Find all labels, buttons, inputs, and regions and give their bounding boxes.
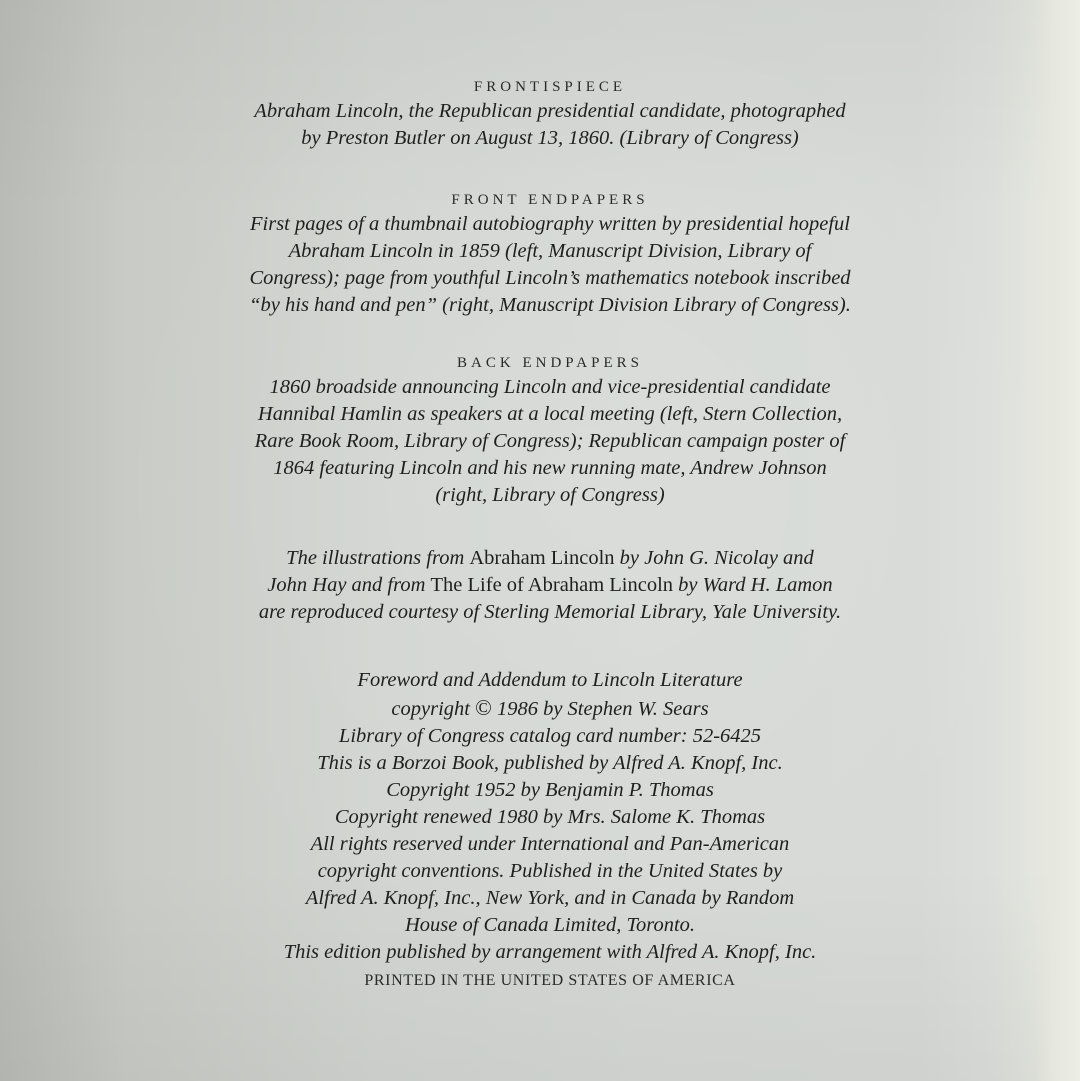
- credit-text: The illustrations from: [286, 547, 469, 569]
- caption-line: by Preston Butler on August 13, 1860. (L…: [150, 125, 950, 152]
- caption-line: Abraham Lincoln in 1859 (left, Manuscrip…: [150, 238, 950, 265]
- caption-line: 1864 featuring Lincoln and his new runni…: [150, 455, 950, 482]
- caption-line: Congress); page from youthful Lincoln’s …: [150, 265, 950, 292]
- back-endpapers-caption: 1860 broadside announcing Lincoln and vi…: [150, 374, 950, 509]
- credit-line: The illustrations from Abraham Lincoln b…: [150, 545, 950, 572]
- copyright-line: Copyright 1952 by Benjamin P. Thomas: [150, 777, 950, 804]
- illustrations-credit-section: The illustrations from Abraham Lincoln b…: [150, 545, 950, 626]
- front-endpapers-caption: First pages of a thumbnail autobiography…: [150, 211, 950, 319]
- copyright-line: All rights reserved under International …: [150, 831, 950, 858]
- credit-text: by Ward H. Lamon: [673, 574, 833, 596]
- caption-line: “by his hand and pen” (right, Manuscript…: [150, 292, 950, 319]
- credit-line: are reproduced courtesy of Sterling Memo…: [150, 599, 950, 626]
- copyright-line: Library of Congress catalog card number:…: [150, 723, 950, 750]
- copyright-line: copyright conventions. Published in the …: [150, 858, 950, 885]
- front-endpapers-heading: FRONT ENDPAPERS: [150, 189, 950, 211]
- credits-page: FRONTISPIECE Abraham Lincoln, the Republ…: [150, 76, 950, 1010]
- copyright-text: copyright: [391, 698, 475, 720]
- page-edge: [1036, 0, 1080, 1081]
- copyright-line: Foreword and Addendum to Lincoln Literat…: [150, 667, 950, 694]
- frontispiece-heading: FRONTISPIECE: [150, 76, 950, 98]
- back-endpapers-section: BACK ENDPAPERS 1860 broadside announcing…: [150, 352, 950, 509]
- copyright-line: copyright © 1986 by Stephen W. Sears: [150, 694, 950, 723]
- copyright-line: Alfred A. Knopf, Inc., New York, and in …: [150, 885, 950, 912]
- printed-in-notice: PRINTED IN THE UNITED STATES OF AMERICA: [150, 968, 950, 994]
- caption-line: Abraham Lincoln, the Republican presiden…: [150, 98, 950, 125]
- caption-line: 1860 broadside announcing Lincoln and vi…: [150, 374, 950, 401]
- caption-line: (right, Library of Congress): [150, 482, 950, 509]
- spacer: [150, 509, 950, 545]
- spacer: [150, 626, 950, 667]
- credit-line: John Hay and from The Life of Abraham Li…: [150, 572, 950, 599]
- spacer: [150, 152, 950, 189]
- copyright-icon: ©: [475, 694, 492, 721]
- frontispiece-caption: Abraham Lincoln, the Republican presiden…: [150, 98, 950, 152]
- caption-line: First pages of a thumbnail autobiography…: [150, 211, 950, 238]
- book-title: The Life of Abraham Lincoln: [431, 574, 674, 596]
- copyright-line: This edition published by arrangement wi…: [150, 939, 950, 966]
- copyright-block: Foreword and Addendum to Lincoln Literat…: [150, 667, 950, 966]
- frontispiece-section: FRONTISPIECE Abraham Lincoln, the Republ…: [150, 76, 950, 152]
- spacer: [150, 319, 950, 352]
- caption-line: Hannibal Hamlin as speakers at a local m…: [150, 401, 950, 428]
- back-endpapers-heading: BACK ENDPAPERS: [150, 352, 950, 374]
- copyright-line: This is a Borzoi Book, published by Alfr…: [150, 750, 950, 777]
- copyright-text: 1986 by Stephen W. Sears: [492, 698, 709, 720]
- book-title: Abraham Lincoln: [469, 547, 614, 569]
- copyright-section: Foreword and Addendum to Lincoln Literat…: [150, 667, 950, 994]
- copyright-line: House of Canada Limited, Toronto.: [150, 912, 950, 939]
- credit-text: by John G. Nicolay and: [615, 547, 814, 569]
- caption-line: Rare Book Room, Library of Congress); Re…: [150, 428, 950, 455]
- copyright-line: Copyright renewed 1980 by Mrs. Salome K.…: [150, 804, 950, 831]
- illustrations-credit: The illustrations from Abraham Lincoln b…: [150, 545, 950, 626]
- credit-text: John Hay and from: [267, 574, 430, 596]
- front-endpapers-section: FRONT ENDPAPERS First pages of a thumbna…: [150, 189, 950, 319]
